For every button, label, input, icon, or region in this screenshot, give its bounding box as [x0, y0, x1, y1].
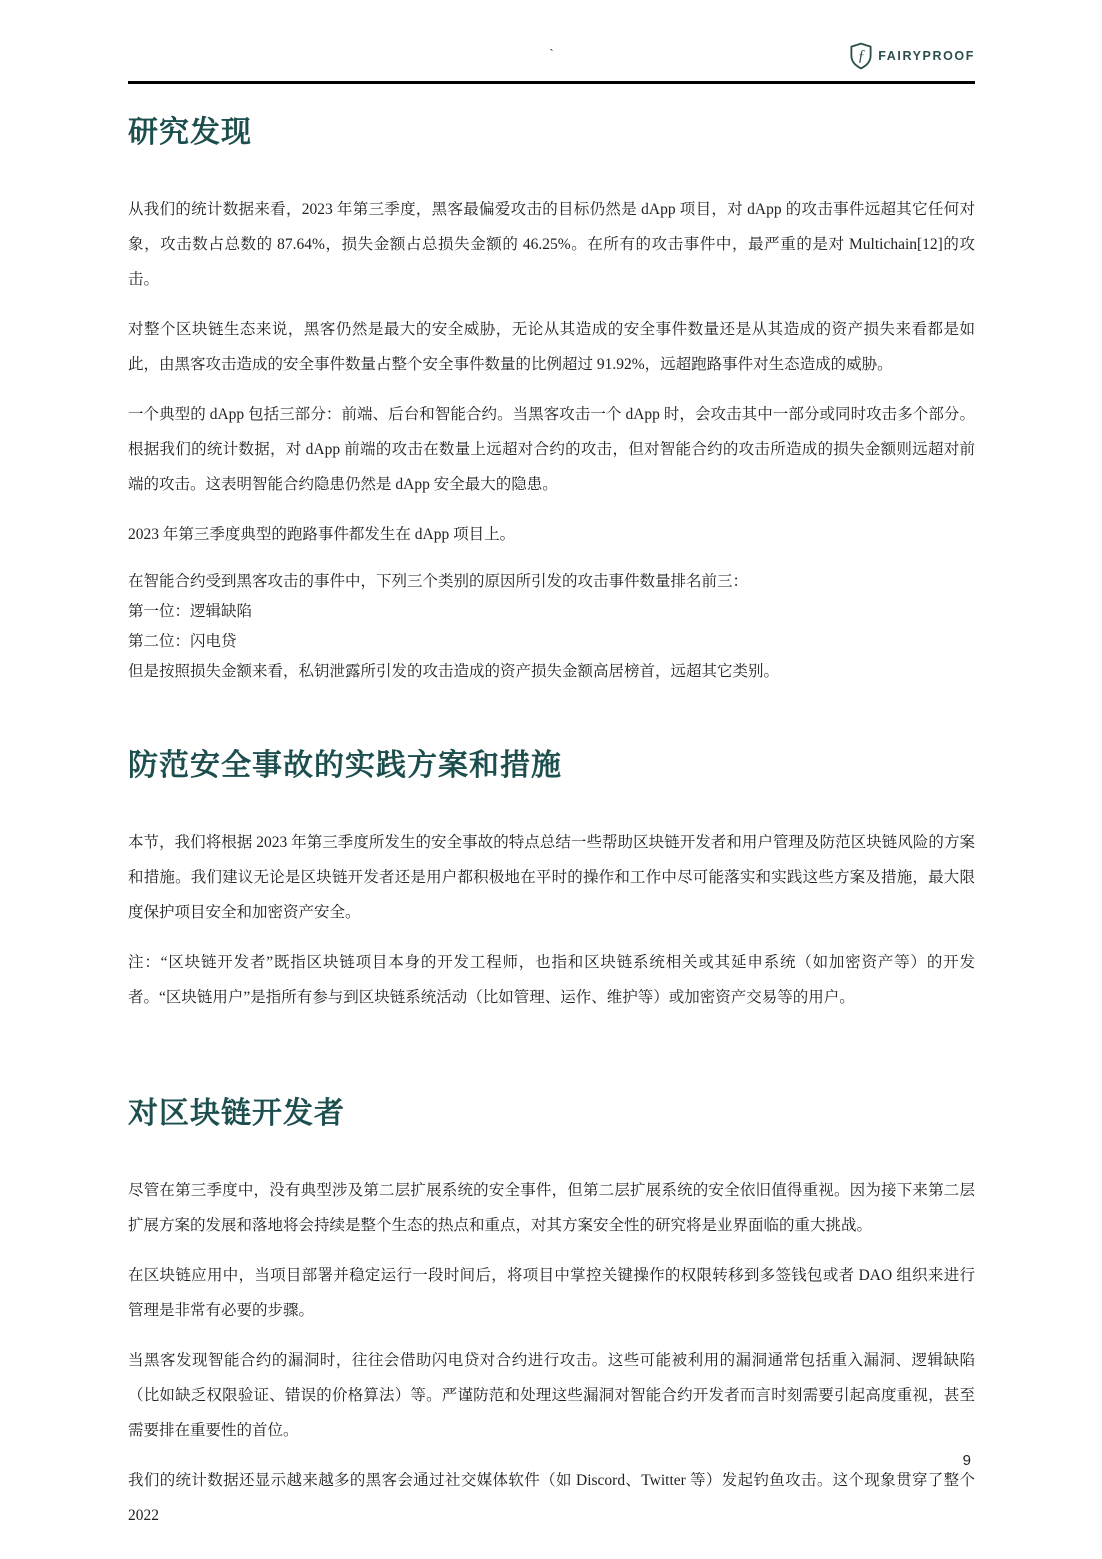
paragraph: 尽管在第三季度中，没有典型涉及第二层扩展系统的安全事件，但第二层扩展系统的安全依…	[128, 1173, 975, 1243]
paragraph: 从我们的统计数据来看，2023 年第三季度，黑客最偏爱攻击的目标仍然是 dApp…	[128, 192, 975, 297]
paragraph: 在区块链应用中，当项目部署并稳定运行一段时间后，将项目中掌控关键操作的权限转移到…	[128, 1258, 975, 1328]
page-number: 9	[963, 1452, 971, 1469]
section-heading: 防范安全事故的实践方案和措施	[128, 743, 975, 789]
ranking-line-second: 第二位：闪电贷	[128, 627, 975, 657]
svg-text:ƒ: ƒ	[858, 48, 866, 65]
ranking-note-line: 但是按照损失金额来看，私钥泄露所引发的攻击造成的资产损失金额高居榜首，远超其它类…	[128, 657, 975, 687]
section-heading: 研究发现	[128, 110, 975, 156]
ranking-line-first: 第一位：逻辑缺陷	[128, 597, 975, 627]
fairyproof-logo: ƒ FAIRYPROOF	[850, 41, 975, 71]
ranking-intro-line: 在智能合约受到黑客攻击的事件中，下列三个类别的原因所引发的攻击事件数量排名前三：	[128, 567, 975, 597]
paragraph: 我们的统计数据还显示越来越多的黑客会通过社交媒体软件（如 Discord、Twi…	[128, 1463, 975, 1533]
section-heading: 对区块链开发者	[128, 1091, 975, 1137]
shield-logo-icon: ƒ	[850, 41, 872, 71]
section-for-blockchain-developers: 对区块链开发者 尽管在第三季度中，没有典型涉及第二层扩展系统的安全事件，但第二层…	[128, 1091, 975, 1533]
page-header: ` ƒ FAIRYPROOF	[128, 0, 975, 84]
section-prevention-practices: 防范安全事故的实践方案和措施 本节，我们将根据 2023 年第三季度所发生的安全…	[128, 743, 975, 1015]
document-page: ` ƒ FAIRYPROOF 研究发现 从我们的统计数据来看，2023 年第三季…	[0, 0, 1102, 1559]
paragraph: 2023 年第三季度典型的跑路事件都发生在 dApp 项目上。	[128, 517, 975, 552]
section-research-findings: 研究发现 从我们的统计数据来看，2023 年第三季度，黑客最偏爱攻击的目标仍然是…	[128, 110, 975, 687]
paragraph: 当黑客发现智能合约的漏洞时，往往会借助闪电贷对合约进行攻击。这些可能被利用的漏洞…	[128, 1343, 975, 1448]
paragraph: 对整个区块链生态来说，黑客仍然是最大的安全威胁，无论从其造成的安全事件数量还是从…	[128, 312, 975, 382]
brand-wordmark: FAIRYPROOF	[878, 49, 975, 63]
attack-cause-ranking: 在智能合约受到黑客攻击的事件中，下列三个类别的原因所引发的攻击事件数量排名前三：…	[128, 567, 975, 687]
paragraph: 本节，我们将根据 2023 年第三季度所发生的安全事故的特点总结一些帮助区块链开…	[128, 825, 975, 930]
paragraph: 注：“区块链开发者”既指区块链项目本身的开发工程师，也指和区块链系统相关或其延申…	[128, 945, 975, 1015]
header-center-mark: `	[549, 46, 553, 62]
paragraph: 一个典型的 dApp 包括三部分：前端、后台和智能合约。当黑客攻击一个 dApp…	[128, 397, 975, 502]
